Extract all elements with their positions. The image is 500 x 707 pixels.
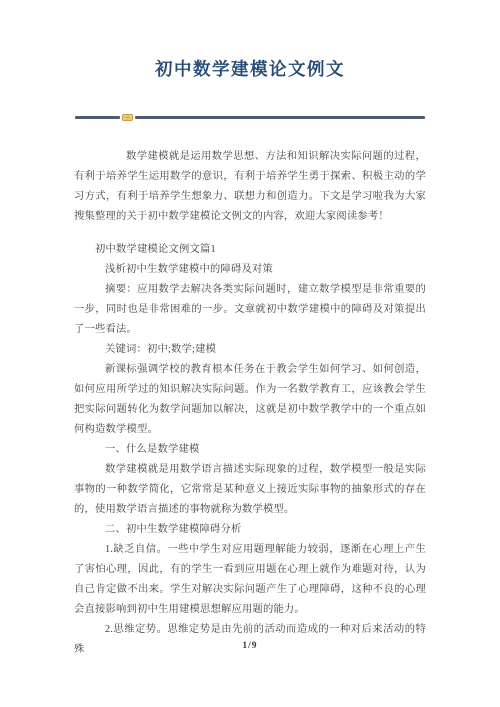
page-title: 初中数学建模论文例文	[0, 0, 500, 81]
heading-section-1: 一、什么是数学建模	[74, 440, 426, 460]
paragraph-obstacle-1: 1.缺乏自信。一些中学生对应用题理解能力较弱，逐渐在心理上产生了害怕心理，因此，…	[74, 540, 426, 620]
document-page: 初中数学建模论文例文 数学建模就是运用数学思想、方法和知识解决实际问题的过程，有…	[0, 0, 500, 707]
paragraph-new-standard: 新课标强调学校的教育根本任务在于教会学生如何学习、如何创造，如何应用所学过的知识…	[74, 360, 426, 440]
divider-line-left	[75, 116, 120, 119]
heading-essay-title: 浅析初中生数学建模中的障碍及对策	[74, 260, 426, 280]
paragraph-keywords: 关键词：初中;数学;建模	[74, 340, 426, 360]
divider-ornament-icon	[122, 114, 133, 121]
paragraph-intro: 数学建模就是运用数学思想、方法和知识解决实际问题的过程，有利于培养学生运用数学的…	[74, 147, 426, 227]
heading-section-2: 二、初中生数学建模障碍分析	[74, 520, 426, 540]
page-number: 1/9	[0, 641, 500, 651]
paragraph-obstacle-2: 2.思维定势。思维定势是由先前的活动而造成的一种对后来活动的特殊	[74, 620, 426, 660]
document-body: 数学建模就是运用数学思想、方法和知识解决实际问题的过程，有利于培养学生运用数学的…	[74, 147, 426, 660]
paragraph-what-is-modeling: 数学建模就是用数学语言描述实际现象的过程，数学模型一般是实际事物的一种数学简化，…	[74, 460, 426, 520]
heading-example-1: 初中数学建模论文例文篇1	[74, 240, 426, 260]
divider-line-right	[135, 116, 425, 119]
paragraph-abstract: 摘要：应用数学去解决各类实际问题时，建立数学模型是非常重要的一步，同时也是非常困…	[74, 280, 426, 340]
title-divider	[75, 113, 425, 122]
